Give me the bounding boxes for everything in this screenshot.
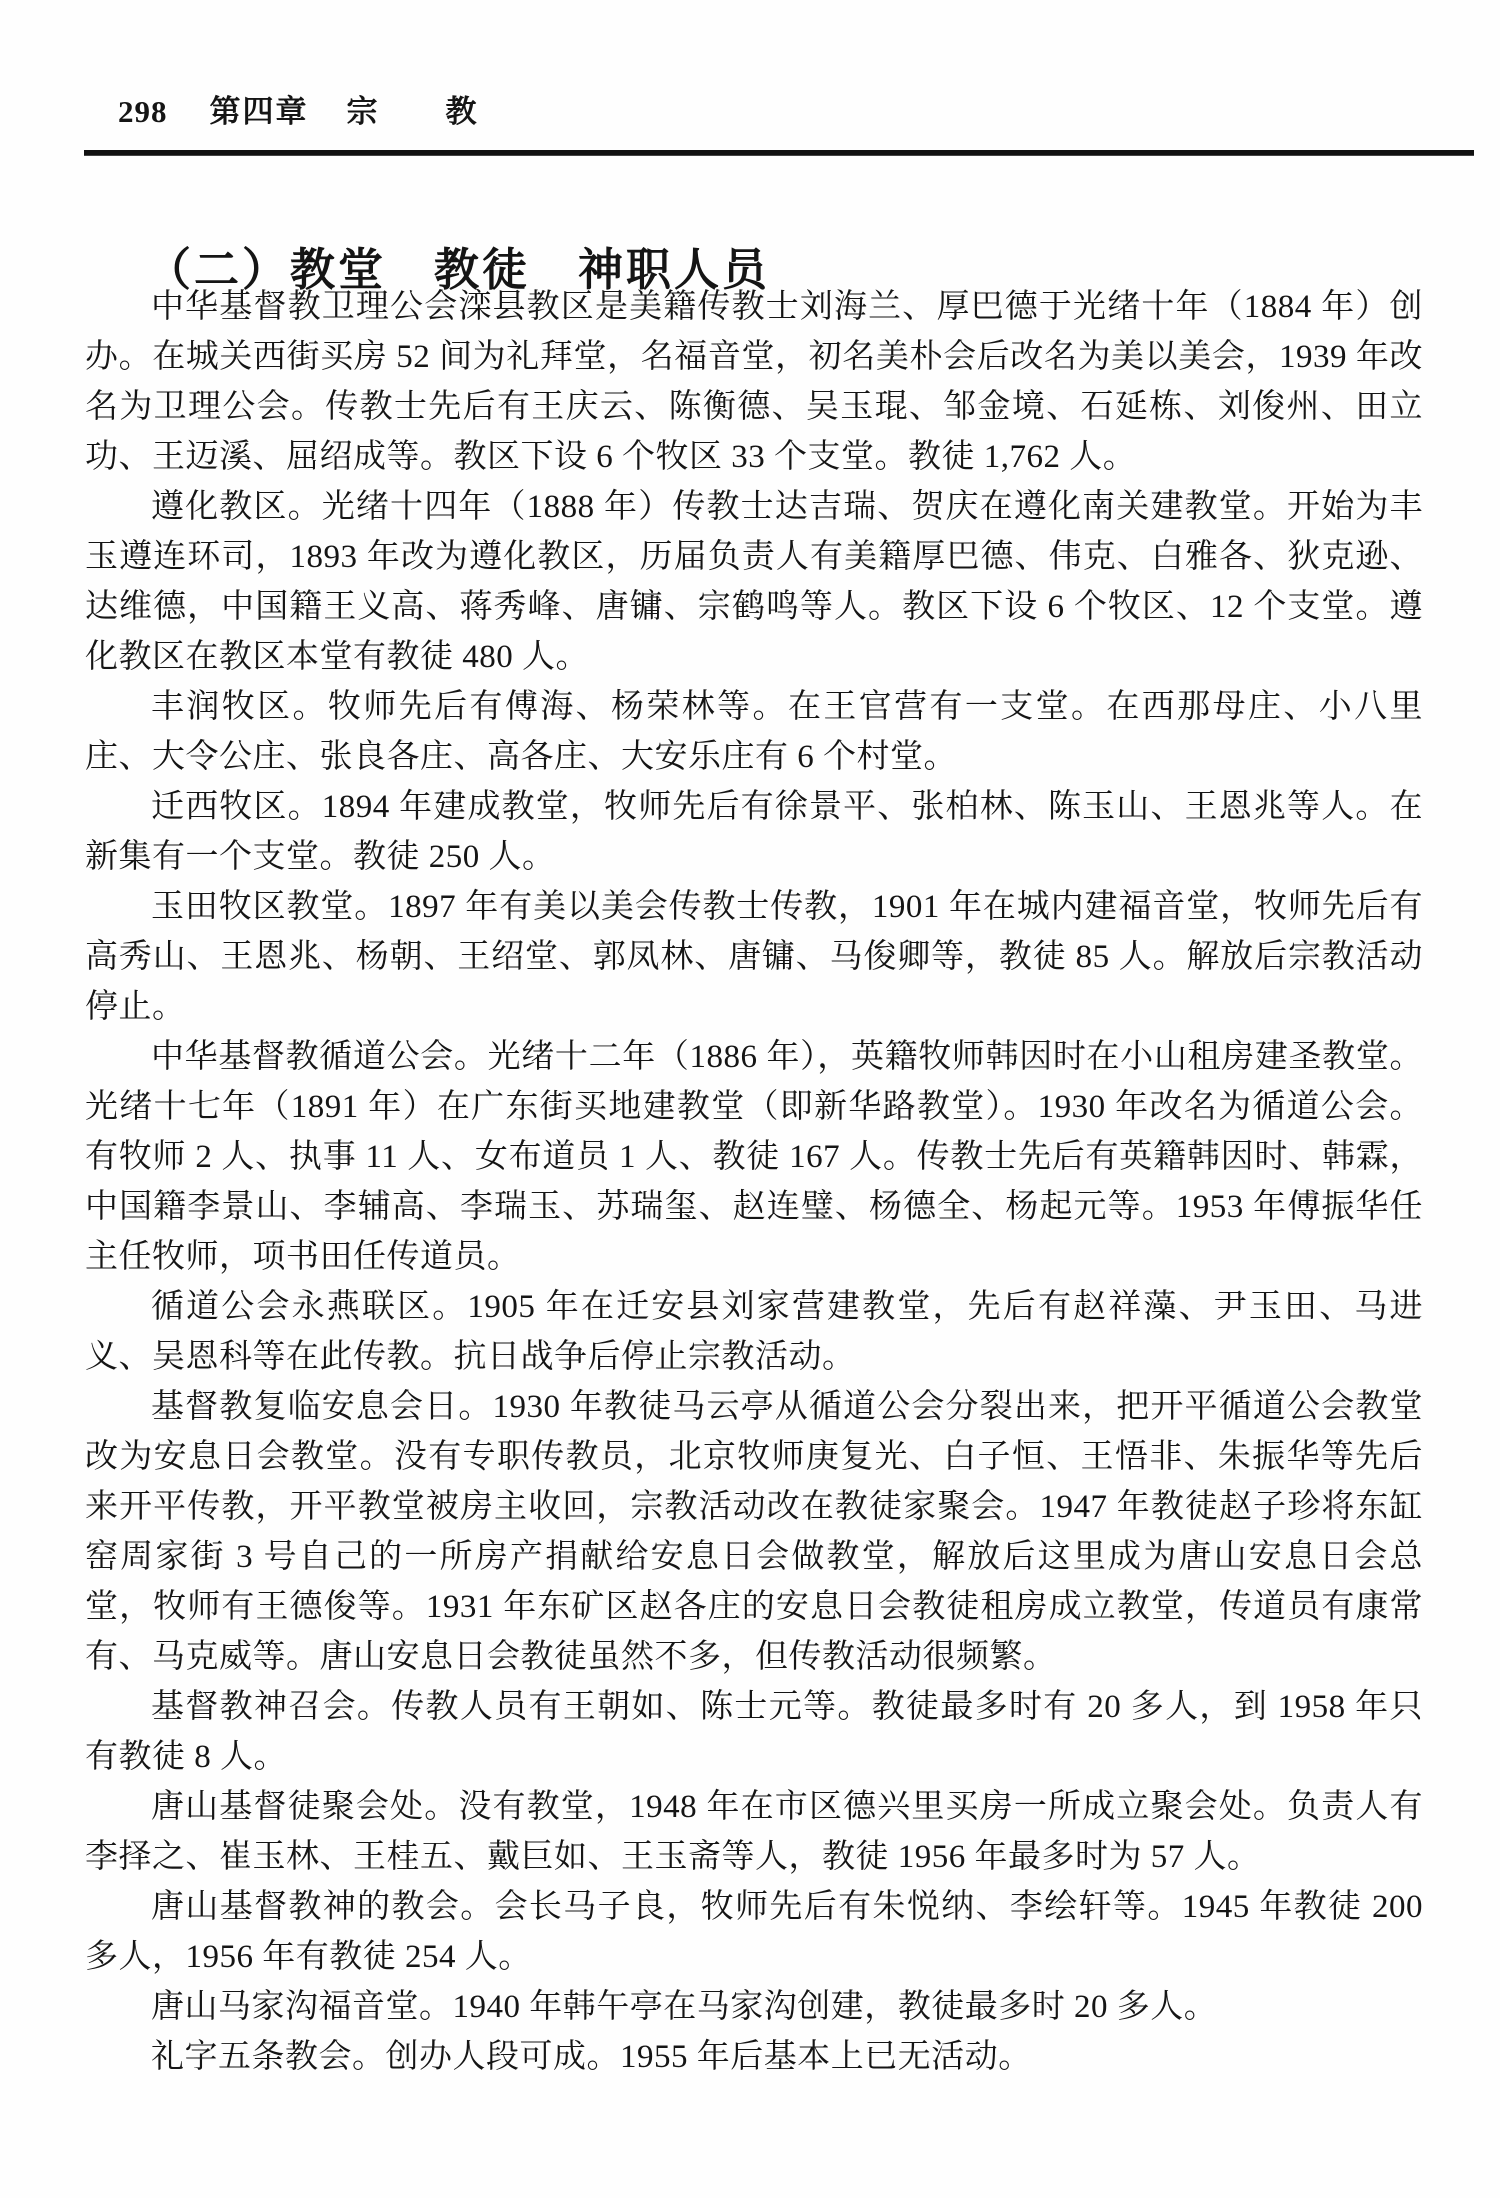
page-number: 298: [118, 94, 168, 130]
paragraph: 迁西牧区。1894 年建成教堂，牧师先后有徐景平、张柏林、陈玉山、王恩兆等人。在…: [85, 782, 1423, 882]
body-text: 中华基督教卫理公会滦县教区是美籍传教士刘海兰、厚巴德于光绪十年（1884 年）创…: [85, 282, 1423, 2082]
paragraph: 基督教神召会。传教人员有王朝如、陈士元等。教徒最多时有 20 多人，到 1958…: [85, 1682, 1423, 1782]
paragraph: 中华基督教卫理公会滦县教区是美籍传教士刘海兰、厚巴德于光绪十年（1884 年）创…: [85, 282, 1423, 482]
paragraph: 唐山马家沟福音堂。1940 年韩午亭在马家沟创建，教徒最多时 20 多人。: [85, 1982, 1423, 2032]
paragraph: 中华基督教循道公会。光绪十二年（1886 年），英籍牧师韩因时在小山租房建圣教堂…: [85, 1032, 1423, 1282]
paragraph: 基督教复临安息会日。1930 年教徒马云亭从循道公会分裂出来，把开平循道公会教堂…: [85, 1382, 1423, 1682]
paragraph: 丰润牧区。牧师先后有傅海、杨荣林等。在王官营有一支堂。在西那母庄、小八里庄、大令…: [85, 682, 1423, 782]
paragraph: 唐山基督教神的教会。会长马子良，牧师先后有朱悦纳、李绘轩等。1945 年教徒 2…: [85, 1882, 1423, 1982]
paragraph: 玉田牧区教堂。1897 年有美以美会传教士传教，1901 年在城内建福音堂，牧师…: [85, 882, 1423, 1032]
running-header: 298 第四章 宗 教: [118, 86, 1440, 131]
paragraph: 唐山基督徒聚会处。没有教堂，1948 年在市区德兴里买房一所成立聚会处。负责人有…: [85, 1782, 1423, 1882]
chapter-title: 宗 教: [347, 86, 479, 131]
paragraph: 礼字五条教会。创办人段可成。1955 年后基本上已无活动。: [85, 2032, 1423, 2082]
book-page: 298 第四章 宗 教 （二）教堂 教徒 神职人员 中华基督教卫理公会滦县教区是…: [0, 0, 1500, 2198]
paragraph: 循道公会永燕联区。1905 年在迁安县刘家营建教堂，先后有赵祥藻、尹玉田、马进义…: [85, 1282, 1423, 1382]
paragraph: 遵化教区。光绪十四年（1888 年）传教士达吉瑞、贺庆在遵化南关建教堂。开始为丰…: [85, 482, 1423, 682]
header-divider: [84, 150, 1474, 156]
chapter-label: 第四章: [210, 86, 309, 131]
